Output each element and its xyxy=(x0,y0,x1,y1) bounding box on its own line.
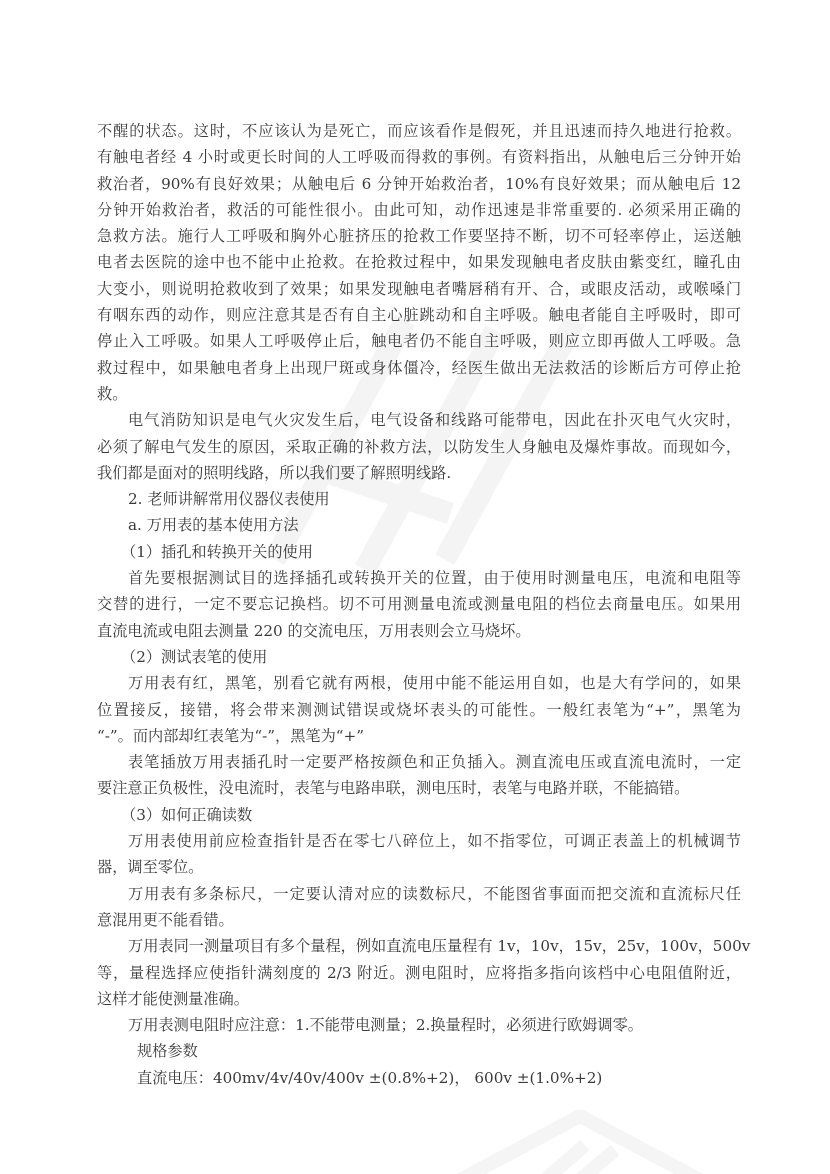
text-line: 急救方法。施行人工呼吸和胸外心脏挤压的抢救工作要坚持不断，切不可轻率停止，运送触 xyxy=(97,223,741,249)
text-line: 我们都是面对的照明线路，所以我们要了解照明线路. xyxy=(97,460,741,486)
text-line: 分钟开始救治者，救活的可能性很小。由此可知，动作迅速是非常重要的. 必须采用正确… xyxy=(97,197,741,223)
text-line: 有咽东西的动作，则应注意其是否有自主心脏跳动和自主呼吸。触电者能自主呼吸时，即可 xyxy=(97,302,741,328)
paragraph-probe-insertion: 表笔插放万用表插孔时一定要严格按颜色和正负插入。测直流电压或直流电流时，一定 要… xyxy=(97,749,741,802)
document-page: 不醒的状态。这时，不应该认为是死亡，而应该看作是假死，并且迅速而持久地进行抢救。… xyxy=(0,0,830,1174)
text-line: 万用表使用前应检查指针是否在零七八碎位上，如不指零位，可调正表盖上的机械调节 xyxy=(97,828,741,854)
text-line: 不醒的状态。这时，不应该认为是死亡，而应该看作是假死，并且迅速而持久地进行抢救。 xyxy=(97,118,741,144)
subsection-heading: a. 万用表的基本使用方法 xyxy=(97,512,741,538)
text-line: 万用表有多条标尺，一定要认清对应的读数标尺，不能图省事面而把交流和直流标尺任 xyxy=(97,881,741,907)
spec-line: 直流电压：400mv/4v/40v/400v ±(0.8%+2)， 600v ±… xyxy=(97,1065,741,1091)
spec-title: 规格参数 xyxy=(97,1038,741,1064)
note-line: 万用表测电阻时应注意：1.不能带电测量；2.换量程时，必须进行欧姆调零。 xyxy=(97,1012,741,1038)
text-line: 救。 xyxy=(97,381,741,407)
paragraph-scales: 万用表有多条标尺，一定要认清对应的读数标尺，不能图省事面而把交流和直流标尺任 意… xyxy=(97,881,741,934)
item-heading: （3）如何正确读数 xyxy=(97,802,741,828)
document-body: 不醒的状态。这时，不应该认为是死亡，而应该看作是假死，并且迅速而持久地进行抢救。… xyxy=(97,118,741,1091)
text-line: 直流电流或电阻去测量 220 的交流电压，万用表则会立马烧坏。 xyxy=(97,618,741,644)
paragraph-ranges: 万用表同一测量项目有多个量程，例如直流电压量程有 1v，10v，15v，25v，… xyxy=(97,933,741,1012)
paragraph-continuation: 不醒的状态。这时，不应该认为是死亡，而应该看作是假死，并且迅速而持久地进行抢救。… xyxy=(97,118,741,407)
text-line: 要注意正负极性，没电流时，表笔与电路串联，测电压时，表笔与电路并联，不能搞错。 xyxy=(97,775,741,801)
text-line: 电者去医院的途中也不能中止抢救。在抢救过程中，如果发现触电者皮肤由紫变红，瞳孔由 xyxy=(97,249,741,275)
paragraph-jack-switch: 首先要根据测试目的选择插孔或转换开关的位置，由于使用时测量电压，电流和电阻等 交… xyxy=(97,565,741,644)
text-line: 位置接反，接错，将会带来测测试错误或烧坏表头的可能性。一般红表笔为“+”，黑笔为 xyxy=(97,697,741,723)
paragraph-fire-safety: 电气消防知识是电气火灾发生后，电气设备和线路可能带电，因此在扑灭电气火灾时， 必… xyxy=(97,407,741,486)
text-line: 停止入工呼吸。如果人工呼吸停止后，触电者仍不能自主呼吸，则应立即再做人工呼吸。急 xyxy=(97,328,741,354)
item-heading: （1）插孔和转换开关的使用 xyxy=(97,539,741,565)
text-line: 表笔插放万用表插孔时一定要严格按颜色和正负插入。测直流电压或直流电流时，一定 xyxy=(97,749,741,775)
text-line: 器，调至零位。 xyxy=(97,854,741,880)
text-line: 首先要根据测试目的选择插孔或转换开关的位置，由于使用时测量电压，电流和电阻等 xyxy=(97,565,741,591)
section-heading: 2. 老师讲解常用仪器仪表使用 xyxy=(97,486,741,512)
watermark-logo-icon xyxy=(450,1110,710,1174)
text-line: 大变小，则说明抢救收到了效果；如果发现触电者嘴唇稍有开、合，或眼皮活动，或喉嗓门 xyxy=(97,276,741,302)
text-line: 交替的进行，一定不要忘记换档。切不可用测量电流或测量电阻的档位去商量电压。如果用 xyxy=(97,591,741,617)
text-line: 救治者，90%有良好效果；从触电后 6 分钟开始救治者，10%有良好效果；而从触… xyxy=(97,171,741,197)
text-line: 万用表有红，黑笔，别看它就有两根，使用中能不能运用自如，也是大有学问的，如果 xyxy=(97,670,741,696)
text-line: 这样才能使测量准确。 xyxy=(97,986,741,1012)
text-line: 意混用更不能看错。 xyxy=(97,907,741,933)
paragraph-probes: 万用表有红，黑笔，别看它就有两根，使用中能不能运用自如，也是大有学问的，如果 位… xyxy=(97,670,741,749)
text-line: 等，量程选择应使指针满刻度的 2/3 附近。测电阻时，应将指多指向该档中心电阻值… xyxy=(97,960,741,986)
text-line: 万用表同一测量项目有多个量程，例如直流电压量程有 1v，10v，15v，25v，… xyxy=(97,933,741,959)
text-line: 有触电者经 4 小时或更长时间的人工呼吸而得救的事例。有资料指出，从触电后三分钟… xyxy=(97,144,741,170)
text-line: 救过程中，如果触电者身上出现尸斑或身体僵冷，经医生做出无法救活的诊断后方可停止抢 xyxy=(97,355,741,381)
paragraph-zero-check: 万用表使用前应检查指针是否在零七八碎位上，如不指零位，可调正表盖上的机械调节 器… xyxy=(97,828,741,881)
text-line: 必须了解电气发生的原因，采取正确的补救方法，以防发生人身触电及爆炸事故。而现如今… xyxy=(97,434,741,460)
text-line: 电气消防知识是电气火灾发生后，电气设备和线路可能带电，因此在扑灭电气火灾时， xyxy=(97,407,741,433)
text-line: “-”。而内部却红表笔为“-”，黑笔为“+” xyxy=(97,723,741,749)
item-heading: （2）测试表笔的使用 xyxy=(97,644,741,670)
